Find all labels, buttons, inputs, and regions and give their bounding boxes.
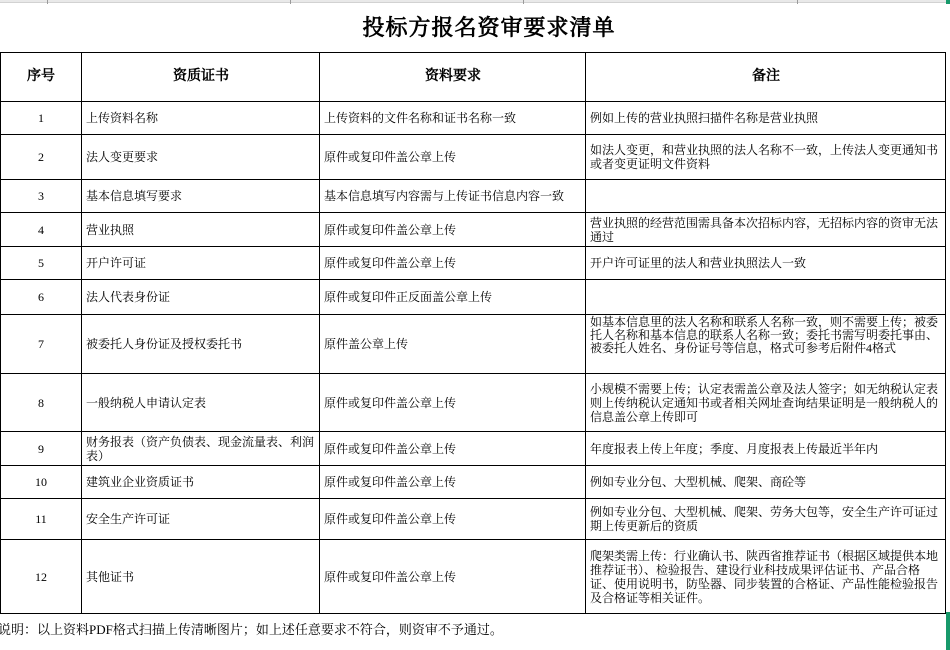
cell-cert: 上传资料名称 [81,102,319,134]
header-cell-req: 资料要求 [319,53,585,101]
grid-tick [47,0,48,4]
cell-no: 7 [1,315,81,373]
table-row: 4营业执照原件或复印件盖公章上传营业执照的经营范围需具备本次招标内容，无招标内容… [1,212,945,246]
cell-cert: 法人变更要求 [81,135,319,179]
header-cell-cert: 资质证书 [81,53,319,101]
cell-note: 如法人变更，和营业执照的法人名称不一致，上传法人变更通知书或者变更证明文件资料 [585,135,945,179]
cell-note: 开户许可证里的法人和营业执照法人一致 [585,247,945,279]
grid-tick [797,0,798,4]
cell-req: 原件或复印件盖公章上传 [319,466,585,498]
page-break-mark-top [946,0,950,4]
cell-no: 12 [1,540,81,613]
cell-no: 9 [1,432,81,465]
table-row: 7被委托人身份证及授权委托书原件盖公章上传如基本信息里的法人名称和联系人名称一致… [1,314,945,373]
cell-cert: 基本信息填写要求 [81,180,319,212]
page-break-line [946,612,950,650]
cell-note: 例如专业分包、大型机械、爬架、商砼等 [585,466,945,498]
cell-req: 原件或复印件正反面盖公章上传 [319,280,585,314]
cell-no: 8 [1,374,81,431]
grid-tick [523,0,524,4]
cell-req: 原件或复印件盖公章上传 [319,213,585,246]
sheet-view: 投标方报名资审要求清单 序号 资质证书 资料要求 备注 1上传资料名称上传资料的… [0,0,950,650]
table-body: 1上传资料名称上传资料的文件名称和证书名称一致例如上传的营业执照扫描件名称是营业… [1,101,945,613]
cell-cert: 一般纳税人申请认定表 [81,374,319,431]
table-row: 9财务报表（资产负债表、现金流量表、利润表）原件或复印件盖公章上传年度报表上传上… [1,431,945,465]
table-row: 2法人变更要求原件或复印件盖公章上传如法人变更，和营业执照的法人名称不一致，上传… [1,134,945,179]
cell-req: 原件或复印件盖公章上传 [319,540,585,613]
header-cell-no: 序号 [1,53,81,101]
cell-no: 6 [1,280,81,314]
cell-req: 上传资料的文件名称和证书名称一致 [319,102,585,134]
table-row: 8一般纳税人申请认定表原件或复印件盖公章上传小规模不需要上传；认定表需盖公章及法… [1,373,945,431]
table-row: 11安全生产许可证原件或复印件盖公章上传例如专业分包、大型机械、爬架、劳务大包等… [1,498,945,539]
cell-cert: 营业执照 [81,213,319,246]
cell-req: 原件盖公章上传 [319,315,585,373]
cell-note: 爬架类需上传：行业确认书、陕西省推荐证书（根据区域提供本地推荐证书）、检验报告、… [585,540,945,613]
grid-tick [290,0,291,4]
cell-cert: 安全生产许可证 [81,499,319,539]
spreadsheet-grid-remnant [0,0,950,3]
table-row: 6法人代表身份证原件或复印件正反面盖公章上传 [1,279,945,314]
cell-note: 例如上传的营业执照扫描件名称是营业执照 [585,102,945,134]
cell-note: 小规模不需要上传；认定表需盖公章及法人签字；如无纳税认定表则上传纳税认定通知书或… [585,374,945,431]
cell-note: 营业执照的经营范围需具备本次招标内容，无招标内容的资审无法通过 [585,213,945,246]
footer-note: 说明：以上资料PDF格式扫描上传清晰图片；如上述任意要求不符合，则资审不予通过。 [0,621,818,639]
cell-no: 1 [1,102,81,134]
cell-cert: 法人代表身份证 [81,280,319,314]
cell-no: 5 [1,247,81,279]
cell-cert: 开户许可证 [81,247,319,279]
table-row: 10建筑业企业资质证书原件或复印件盖公章上传例如专业分包、大型机械、爬架、商砼等 [1,465,945,498]
cell-no: 2 [1,135,81,179]
cell-req: 原件或复印件盖公章上传 [319,374,585,431]
cell-note: 年度报表上传上年度；季度、月度报表上传最近半年内 [585,432,945,465]
cell-req: 原件或复印件盖公章上传 [319,432,585,465]
cell-note [585,280,945,314]
cell-cert: 被委托人身份证及授权委托书 [81,315,319,373]
cell-req: 原件或复印件盖公章上传 [319,499,585,539]
cell-req: 原件或复印件盖公章上传 [319,247,585,279]
table-header-row: 序号 资质证书 资料要求 备注 [1,53,945,101]
cell-no: 10 [1,466,81,498]
table-row: 3基本信息填写要求基本信息填写内容需与上传证书信息内容一致 [1,179,945,212]
cell-req: 原件或复印件盖公章上传 [319,135,585,179]
cell-req: 基本信息填写内容需与上传证书信息内容一致 [319,180,585,212]
cell-no: 4 [1,213,81,246]
cell-cert: 建筑业企业资质证书 [81,466,319,498]
cell-cert: 财务报表（资产负债表、现金流量表、利润表） [81,432,319,465]
requirements-table: 序号 资质证书 资料要求 备注 1上传资料名称上传资料的文件名称和证书名称一致例… [0,52,946,614]
cell-no: 11 [1,499,81,539]
cell-note [585,180,945,212]
header-cell-note: 备注 [585,53,945,101]
cell-note: 如基本信息里的法人名称和联系人名称一致，则不需要上传；被委托人名称和基本信息的联… [585,315,945,373]
table-row: 1上传资料名称上传资料的文件名称和证书名称一致例如上传的营业执照扫描件名称是营业… [1,101,945,134]
table-row: 5开户许可证原件或复印件盖公章上传开户许可证里的法人和营业执照法人一致 [1,246,945,279]
page-title: 投标方报名资审要求清单 [0,8,950,50]
table-row: 12其他证书原件或复印件盖公章上传爬架类需上传：行业确认书、陕西省推荐证书（根据… [1,539,945,613]
cell-cert: 其他证书 [81,540,319,613]
cell-no: 3 [1,180,81,212]
cell-note: 例如专业分包、大型机械、爬架、劳务大包等，安全生产许可证过期上传更新后的资质 [585,499,945,539]
